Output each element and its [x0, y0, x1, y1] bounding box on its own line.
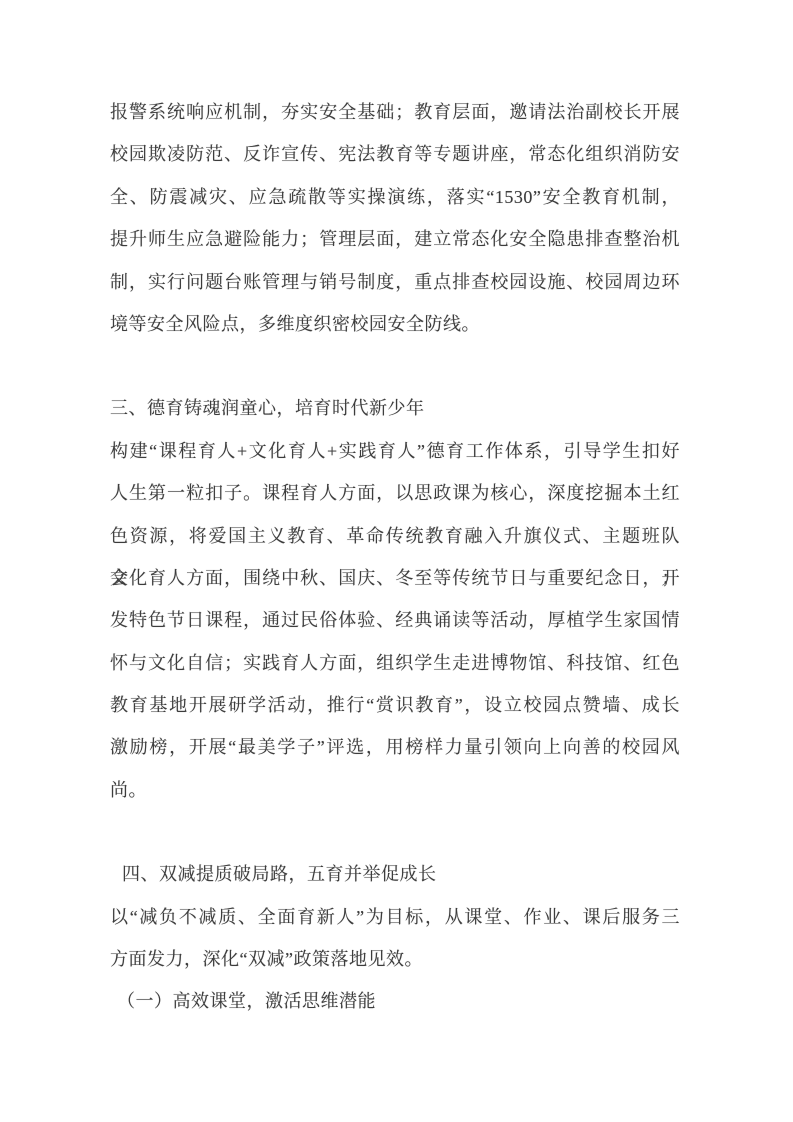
text-line: 怀与文化自信；实践育人方面，组织学生走进博物馆、科技馆、红色: [110, 642, 680, 684]
text-line: 三、德育铸魂润童心，培育时代新少年: [110, 387, 680, 429]
text-line: 以“减负不减质、全面育新人”为目标，从课堂、作业、课后服务三: [110, 896, 680, 938]
text-line: 构建“课程育人+文化育人+实践育人”德育工作体系，引导学生扣好: [110, 430, 680, 472]
document-page: 报警系统响应机制，夯实安全基础；教育层面，邀请法治副校长开展校园欺凌防范、反诈宣…: [0, 0, 793, 1122]
paragraph-moral-education: 构建“课程育人+文化育人+实践育人”德育工作体系，引导学生扣好人生第一粒扣子。课…: [110, 430, 680, 812]
paragraph-safety: 报警系统响应机制，夯实安全基础；教育层面，邀请法治副校长开展校园欺凌防范、反诈宣…: [110, 91, 680, 345]
paragraph-double-reduction: 以“减负不减质、全面育新人”为目标，从课堂、作业、课后服务三方面发力，深化“双减…: [110, 896, 680, 981]
text-line: 提升师生应急避险能力；管理层面，建立常态化安全隐患排查整治机: [110, 218, 680, 260]
document-blocks: 报警系统响应机制，夯实安全基础；教育层面，邀请法治副校长开展校园欺凌防范、反诈宣…: [110, 91, 680, 1023]
heading-section-3: 三、德育铸魂润童心，培育时代新少年: [110, 387, 680, 429]
text-line: 教育基地开展研学活动，推行“赏识教育”，设立校园点赞墙、成长: [110, 684, 680, 726]
text-line: 境等安全风险点，多维度织密校园安全防线。: [110, 303, 680, 345]
text-line: 四、双减提质破局路，五育并举促成长: [110, 853, 680, 895]
text-line: 方面发力，深化“双减”政策落地见效。: [110, 938, 680, 980]
text-line: 人生第一粒扣子。课程育人方面，以思政课为核心，深度挖掘本土红: [110, 472, 680, 514]
subheading-section-4-1: （一）高效课堂，激活思维潜能: [110, 980, 680, 1022]
text-line: 尚。: [110, 769, 680, 811]
text-line: 激励榜，开展“最美学子”评选，用榜样力量引领向上向善的校园风: [110, 726, 680, 768]
text-line: 文化育人方面，围绕中秋、国庆、冬至等传统节日与重要纪念日，开: [110, 557, 680, 599]
text-line: 校园欺凌防范、反诈宣传、宪法教育等专题讲座，常态化组织消防安: [110, 133, 680, 175]
text-line: （一）高效课堂，激活思维潜能: [110, 980, 680, 1022]
text-line: 色资源，将爱国主义教育、革命传统教育融入升旗仪式、主题班队会；: [110, 515, 680, 557]
text-line: 制，实行问题台账管理与销号制度，重点排查校园设施、校园周边环: [110, 261, 680, 303]
text-line: 报警系统响应机制，夯实安全基础；教育层面，邀请法治副校长开展: [110, 91, 680, 133]
heading-section-4: 四、双减提质破局路，五育并举促成长: [110, 853, 680, 895]
text-line: 发特色节日课程，通过民俗体验、经典诵读等活动，厚植学生家国情: [110, 599, 680, 641]
text-line: 全、防震减灾、应急疏散等实操演练，落实“1530”安全教育机制，: [110, 176, 680, 218]
